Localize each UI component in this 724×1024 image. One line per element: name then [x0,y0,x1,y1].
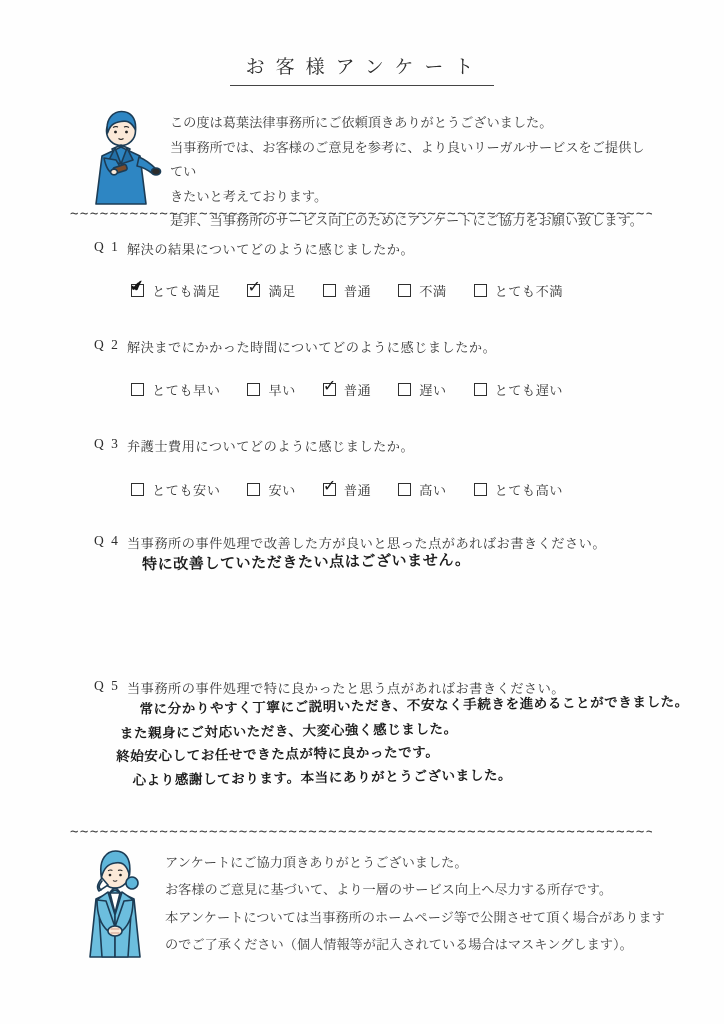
q1-options: とても満足 満足 普通 不満 とても不満 [131,281,563,300]
intro-line: この度は葛葉法律事務所にご依頼頂きありがとうございました。 [170,111,652,136]
footer-paragraph: アンケートにご協力頂きありがとうございました。 お客様のご意見に基づいて、より一… [165,849,665,959]
option-label: 高い [419,480,446,499]
q3-option: 安い [247,480,295,499]
footer-line: のでご了承ください（個人情報等が記入されている場合はマスキングします）。 [165,931,665,958]
wavy-divider: ~~~~~~~~~~~~~~~~~~~~~~~~~~~~~~~~~~~~~~~~… [70,206,652,224]
checkbox-normal-time[interactable] [323,383,336,396]
q5-label: Q 5 [94,678,120,694]
q1-label: Q 1 [94,239,120,255]
checkbox-satisfied[interactable] [247,284,260,297]
checkbox-very-fast[interactable] [131,383,144,396]
q1-option: とても不満 [474,281,563,300]
q2-option: 早い [247,380,295,399]
q1-option: 満足 [247,281,295,300]
option-label: とても高い [495,480,563,499]
checkbox-slow[interactable] [398,383,411,396]
q2-label: Q 2 [94,337,120,353]
footer-line: 本アンケートについては当事務所のホームページ等で公開させて頂く場合があります [165,904,665,931]
q3-options: とても安い 安い 普通 高い とても高い [131,480,563,499]
q2-option: とても早い [131,380,220,399]
q3-option: 普通 [323,480,371,499]
q2-option: 遅い [398,380,446,399]
checkbox-normal-fee[interactable] [323,483,336,496]
q4-handwritten-answer: 特に改善していただきたい点はございません。 [142,549,471,575]
male-staff-illustration [82,108,162,208]
q2-option: とても遅い [474,380,563,399]
q4-question: 当事務所の事件処理で改善した方が良いと思った点があればお書きください。 [127,533,606,552]
q3-option: とても安い [131,480,220,499]
option-label: とても遅い [495,380,563,399]
page-title: お客様アンケート [230,52,495,86]
wavy-divider: ~~~~~~~~~~~~~~~~~~~~~~~~~~~~~~~~~~~~~~~~… [70,824,652,842]
q1-option: 不満 [398,281,446,300]
option-label: 遅い [419,380,446,399]
checkbox-very-cheap[interactable] [131,483,144,496]
option-label: 普通 [344,380,371,399]
survey-sheet: お客様アンケート この度は葛葉法律事務所にご依頼頂きありがとうございました [0,0,724,1024]
female-staff-illustration [72,845,160,961]
q1-option: とても満足 [131,281,220,300]
checkbox-fast[interactable] [247,383,260,396]
option-label: 普通 [344,480,371,499]
footer-line: お客様のご意見に基づいて、より一層のサービス向上へ尽力する所存です。 [165,876,665,903]
q2-option: 普通 [323,380,371,399]
checkbox-very-slow[interactable] [474,383,487,396]
option-label: とても不満 [495,281,563,300]
option-label: 満足 [268,281,295,300]
checkbox-very-expensive[interactable] [474,483,487,496]
q3-option: 高い [398,480,446,499]
checkbox-very-satisfied[interactable] [131,284,144,297]
option-label: とても満足 [152,281,220,300]
checkbox-dissatisfied[interactable] [398,284,411,297]
option-label: とても安い [152,480,220,499]
checkbox-cheap[interactable] [247,483,260,496]
option-label: 普通 [344,281,371,300]
option-label: とても早い [152,380,220,399]
intro-line: 当事務所では、お客様のご意見を参考に、より良いリーガルサービスをご提供してい [170,136,652,185]
checkbox-very-dissatisfied[interactable] [474,284,487,297]
q2-options: とても早い 早い 普通 遅い とても遅い [131,380,563,399]
q2-question: 解決までにかかった時間についてどのように感じましたか。 [127,337,496,356]
q5-handwritten-answer: 常に分かりやすく丁寧にご説明いただき、不安なく手続きを進めることができました。 … [115,691,690,793]
option-label: 早い [268,380,295,399]
q1-question: 解決の結果についてどのように感じましたか。 [127,239,414,258]
q3-question: 弁護士費用についてどのように感じましたか。 [127,436,414,455]
checkbox-neutral[interactable] [323,284,336,297]
option-label: 不満 [419,281,446,300]
q3-label: Q 3 [94,436,120,452]
q4-label: Q 4 [94,533,120,549]
q1-option: 普通 [323,281,371,300]
footer-line: アンケートにご協力頂きありがとうございました。 [165,849,665,876]
checkbox-expensive[interactable] [398,483,411,496]
option-label: 安い [268,480,295,499]
q3-option: とても高い [474,480,563,499]
title-wrap: お客様アンケート [0,52,724,86]
